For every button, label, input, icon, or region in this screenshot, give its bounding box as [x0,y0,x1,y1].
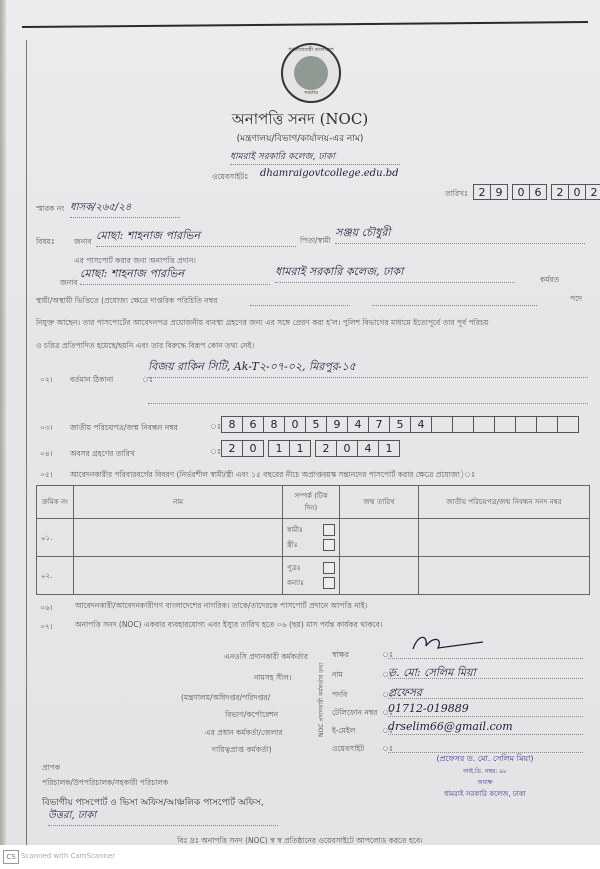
digit-box: 6 [242,416,264,433]
item5-label: আবেদনকারীর পরিবারবর্গের বিবরণ (নির্ভরশীল… [70,470,475,482]
memo-label: স্মারক নং [36,204,64,216]
father-label: পিতা/স্বামী [300,236,331,248]
relation-wife-label: স্ত্রীঃ [287,539,298,551]
date-boxes: 29062024 [474,184,600,200]
family-table-header: ক্রমিক নং নাম সম্পর্ক (টিক দিন) জন্ম তার… [37,486,590,519]
stamp-designation: অধ্যক্ষ [405,777,565,788]
line2-suffix: কর্মরত [540,275,559,287]
line4-text: নিযুক্ত আছেন। তার পাসপোর্টের আবেদনপত্র প… [36,318,488,330]
website-value: dhamraigovtcollege.edu.bd [260,168,399,179]
husband-checkbox[interactable] [323,524,335,536]
digit-box: 0 [336,440,358,457]
digit-box: 0 [242,440,264,457]
seal-top-text: গণপ্রজাতন্ত্রী বাংলাদেশ [283,47,339,55]
officer-field-value [388,644,583,659]
digit-box: 2 [585,184,600,200]
row-relation: স্বামীঃ স্ত্রীঃ [283,519,340,557]
officer-field-value: প্রফেসর [388,684,583,699]
officer-left-1: এনওসি প্রদানকারী কর্মকর্তার [224,652,308,664]
vertical-noc-label: NOC প্রদানকারী কর্মকর্তার তথ্য [316,640,327,760]
digit-box [494,416,516,433]
retirement-date-boxes: 20112041 [222,440,400,457]
wife-checkbox[interactable] [323,539,335,551]
row-relation: পুত্রঃ কন্যাঃ [283,557,340,595]
digit-box: 9 [326,416,348,433]
item2-label: বর্তমান ঠিকানা [70,375,113,387]
officer-field-label: স্বাক্ষর [332,650,349,662]
digit-box: 1 [378,440,400,457]
col-dob: জন্ম তারিখ [340,486,419,519]
digit-box: 1 [268,440,290,457]
line5-text: ও চরিত্র প্রতিপাদিত হয়েছে/হয়নি এবং তার… [36,341,254,353]
officer-left-6: দায়িত্বপ্রাপ্ত কর্মকর্তা) [212,745,272,757]
document-subtitle: (মন্ত্রণালয়/বিভাগ/কার্যালয়-এর নাম) [0,131,600,146]
officer-left-5: এর প্রধান কর্মকর্তা/জেলার [205,728,283,740]
memo-value: ধাসক/২৬৫/২৪ [70,200,180,218]
digit-box [515,416,537,433]
digit-box: 7 [368,416,390,433]
camscanner-footer: CS Scanned with CamScanner [0,845,600,869]
digit-box: 5 [305,416,327,433]
subject-prefix: জনাব [74,237,92,249]
line3-text: স্থায়ী/অস্থায়ী ভিত্তিতে (প্রযোজ্য ক্ষে… [36,296,217,308]
item6-num: ০৬। [40,603,52,615]
digit-box: 2 [551,184,569,200]
digit-box: 5 [389,416,411,433]
officer-field-value: 01712-019889 [388,702,583,717]
line3-tail: পদে [570,294,582,306]
table-row: ০১. স্বামীঃ স্ত্রীঃ [37,519,590,557]
col-relation: সম্পর্ক (টিক দিন) [283,486,340,519]
item5-num: ০৫। [40,470,52,482]
recipient-line1: পরিচালক/উপপরিচালক/সহকারী পরিচালক [42,778,168,790]
officer-field-value: ড. মো: সেলিম মিয়া [388,664,583,679]
officer-left-2: নামসহ সীল। [254,673,291,685]
nid-boxes: 8680594754 [222,416,579,433]
father-value: সঞ্জয় চৌধুরী [335,224,585,244]
officer-field-label: পদবি [332,690,347,702]
top-rule [22,21,588,28]
signature-icon [408,634,488,654]
row-name [74,519,283,557]
row-dob [340,519,419,557]
website-label: ওয়েবসাইটঃ [212,172,248,184]
item3-label: জাতীয় পরিচয়পত্র/জন্ম নিবন্ধন নম্বর [70,423,178,435]
digit-box [557,416,579,433]
row-nid [419,519,590,557]
row-nid [419,557,590,595]
digit-box: 9 [490,184,508,200]
left-margin-rule [26,40,27,850]
stamp-institution: ধামরাই সরকারি কলেজ, ঢাকা [405,788,565,800]
digit-box [431,416,453,433]
officer-field-label: ই-মেইল [332,726,355,738]
officer-left-3: (মন্ত্রণালয়/অধিদপ্তর/পরিদপ্তর/ [181,693,270,705]
stamp-id: আই.ডি. নম্বর: ৯৮ [405,766,565,777]
stamp-name: (প্রফেসর ড. মো. সেলিম মিয়া) [405,753,565,766]
digit-box [473,416,495,433]
relation-daughter-label: কন্যাঃ [287,577,304,589]
office-name: ধামরাই সরকারি কলেজ, ঢাকা [230,149,400,165]
officer-field-value [388,738,583,753]
item2-value: বিজয় রাকিন সিটি, Ak-T২-০৭-০২, মিরপুর-১৫ [148,358,588,378]
item4-num: ০৪। [40,449,52,461]
daughter-checkbox[interactable] [323,577,335,589]
noc-document: গণপ্রজাতন্ত্রী বাংলাদেশ সরকার অনাপত্তি স… [0,0,600,845]
relation-son-label: পুত্রঃ [287,562,301,574]
digit-box: 0 [568,184,586,200]
digit-box: 0 [512,184,530,200]
document-title: অনাপত্তি সনদ (NOC) [0,108,600,133]
item4-colon: ঃ [210,447,221,459]
son-checkbox[interactable] [323,562,335,574]
digit-box: 2 [473,184,491,200]
table-row: ০২. পুত্রঃ কন্যাঃ [37,557,590,595]
col-nid: জাতীয় পরিচয়পত্র/জন্ম নিবন্ধন সনদ নম্বর [419,486,590,519]
digit-box: 6 [529,184,547,200]
item7-text: অনাপত্তি সনদ (NOC) একবার ব্যবহারযোগ্য এব… [75,620,382,632]
date-label: তারিখঃ [445,189,468,201]
subject-label: বিষয়ঃ [36,237,55,249]
officer-field-value: drselim66@gmail.com [388,720,583,735]
line2-prefix: জনাব [60,278,78,290]
digit-box: 2 [221,440,243,457]
item3-colon: ঃ [210,422,221,434]
digit-box: 8 [263,416,285,433]
item2-blank-line [148,395,588,404]
row-serial: ০২. [37,557,74,595]
item3-num: ০৩। [40,423,52,435]
digit-box: 1 [289,440,311,457]
line2-office: ধামরাই সরকারি কলেজ, ঢাকা [275,263,515,283]
item7-num: ০৭। [40,622,52,634]
line2-name: মোছা: শাহনাজ পারভিন [80,265,270,285]
recipient-line3: উত্তরা, ঢাকা [48,808,278,826]
col-name: নাম [74,486,283,519]
seal-bottom-text: সরকার [283,90,339,98]
officer-field-label: টেলিফোন নম্বর [332,708,377,720]
digit-box: 2 [315,440,337,457]
officer-field-label: নাম [332,670,343,682]
digit-box: 8 [221,416,243,433]
item4-label: অবসর গ্রহণের তারিখ [70,449,135,461]
recipient-label: প্রাপক [42,763,60,775]
officer-field-label: ওয়েবসাইট [332,744,364,756]
camscanner-text: Scanned with CamScanner [21,852,115,860]
bangladesh-seal-icon: গণপ্রজাতন্ত্রী বাংলাদেশ সরকার [281,43,341,103]
subject-name: মোছা: শাহনাজ পারভিন [96,227,296,247]
digit-box: 4 [357,440,379,457]
digit-box: 4 [347,416,369,433]
digit-box [452,416,474,433]
row-serial: ০১. [37,519,74,557]
seal-map-emblem [294,56,328,90]
camscanner-icon: CS [3,850,19,864]
digit-box: 0 [284,416,306,433]
family-table: ক্রমিক নং নাম সম্পর্ক (টিক দিন) জন্ম তার… [36,485,590,595]
officer-left-4: বিভাগ/কর্পোরেশন [225,710,278,722]
relation-husband-label: স্বামীঃ [287,524,303,536]
line3-blank-2 [372,296,537,306]
digit-box: 4 [410,416,432,433]
line3-blank [250,296,350,306]
row-dob [340,557,419,595]
col-serial: ক্রমিক নং [37,486,74,519]
officer-stamp: (প্রফেসর ড. মো. সেলিম মিয়া) আই.ডি. নম্ব… [405,753,565,800]
item6-text: আবেদনকারী/আবেদনকারীগণ বাংলাদেশের নাগরিক।… [75,601,368,613]
row-name [74,557,283,595]
item2-num: ০২। [40,375,52,387]
digit-box [536,416,558,433]
